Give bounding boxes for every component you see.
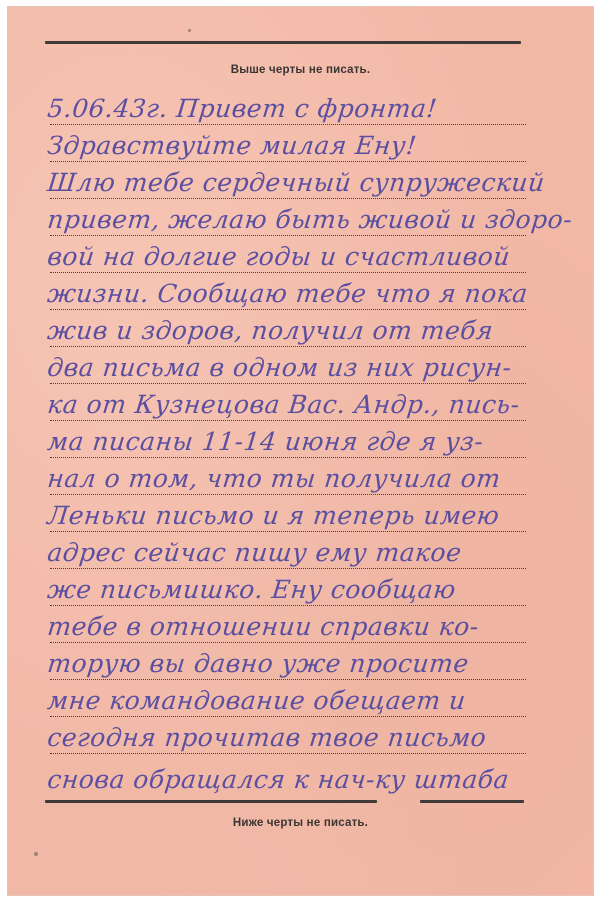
- handwritten-text: адрес сейчас пишу ему такое: [46, 538, 463, 567]
- handwritten-text: же письмишко. Ену сообщаю: [46, 575, 457, 604]
- letter-line: вой на долгие годы и счастливой: [28, 236, 588, 273]
- handwritten-text: мне командование обещает и: [46, 686, 467, 715]
- letter-line: тебе в отношении справки ко-: [28, 606, 588, 643]
- letter-line: сегодня прочитав твое письмо: [28, 717, 588, 754]
- letter-line: Леньки письмо и я теперь имею: [28, 495, 588, 532]
- letter-line: снова обращался к нач-ку штаба: [28, 759, 588, 796]
- letter-line: Здравствуйте милая Ену!: [28, 125, 588, 162]
- letter-line: торую вы давно уже просите: [28, 643, 588, 680]
- letter-line: же письмишко. Ену сообщаю: [28, 569, 588, 606]
- handwritten-text: торую вы давно уже просите: [46, 649, 470, 678]
- paper-speck: [34, 852, 38, 856]
- letter-line: ка от Кузнецова Вас. Андр., пись-: [28, 384, 588, 421]
- bottom-rule: [45, 800, 377, 803]
- letter-line: ма писаны 11-14 июня где я уз-: [28, 421, 588, 458]
- handwritten-text: ма писаны 11-14 июня где я уз-: [46, 427, 485, 456]
- handwritten-text: вой на долгие годы и счастливой: [46, 242, 512, 271]
- letter-line: адрес сейчас пишу ему такое: [28, 532, 588, 569]
- handwritten-text: нал о том, что ты получила от: [46, 464, 502, 493]
- letter-line: 5.06.43г. Привет с фронта!: [28, 88, 588, 125]
- handwritten-text: тебе в отношении справки ко-: [46, 612, 480, 641]
- handwritten-letter-body: 5.06.43г. Привет с фронта! Здравствуйте …: [8, 7, 593, 895]
- handwritten-text: два письма в одном из них рисун-: [46, 353, 513, 382]
- letter-sheet: Выше черты не писать. 5.06.43г. Привет с…: [8, 7, 593, 895]
- handwritten-text: Леньки письмо и я теперь имею: [46, 501, 501, 530]
- letter-line: Шлю тебе сердечный супружеский: [28, 162, 588, 199]
- handwritten-text: 5.06.43г. Привет с фронта!: [46, 94, 439, 123]
- bottom-rule-segment: [420, 800, 524, 803]
- dotted-rule: [50, 753, 526, 754]
- letter-line: жизни. Сообщаю тебе что я пока: [28, 273, 588, 310]
- footer-notice: Ниже черты не писать.: [8, 817, 593, 829]
- handwritten-text: Здравствуйте милая Ену!: [46, 131, 418, 160]
- handwritten-text: Шлю тебе сердечный супружеский: [46, 168, 546, 197]
- handwritten-text: сегодня прочитав твое письмо: [46, 723, 488, 752]
- letter-line: два письма в одном из них рисун-: [28, 347, 588, 384]
- handwritten-text: ка от Кузнецова Вас. Андр., пись-: [46, 390, 521, 419]
- letter-line: нал о том, что ты получила от: [28, 458, 588, 495]
- handwritten-text: жив и здоров, получил от тебя: [46, 316, 495, 345]
- handwritten-text: привет, желаю быть живой и здоро-: [46, 205, 574, 234]
- letter-line: жив и здоров, получил от тебя: [28, 310, 588, 347]
- letter-line: мне командование обещает и: [28, 680, 588, 717]
- handwritten-text: жизни. Сообщаю тебе что я пока: [46, 279, 529, 308]
- paper-speck: [188, 29, 191, 32]
- letter-line: привет, желаю быть живой и здоро-: [28, 199, 588, 236]
- handwritten-text: снова обращался к нач-ку штаба: [46, 765, 511, 794]
